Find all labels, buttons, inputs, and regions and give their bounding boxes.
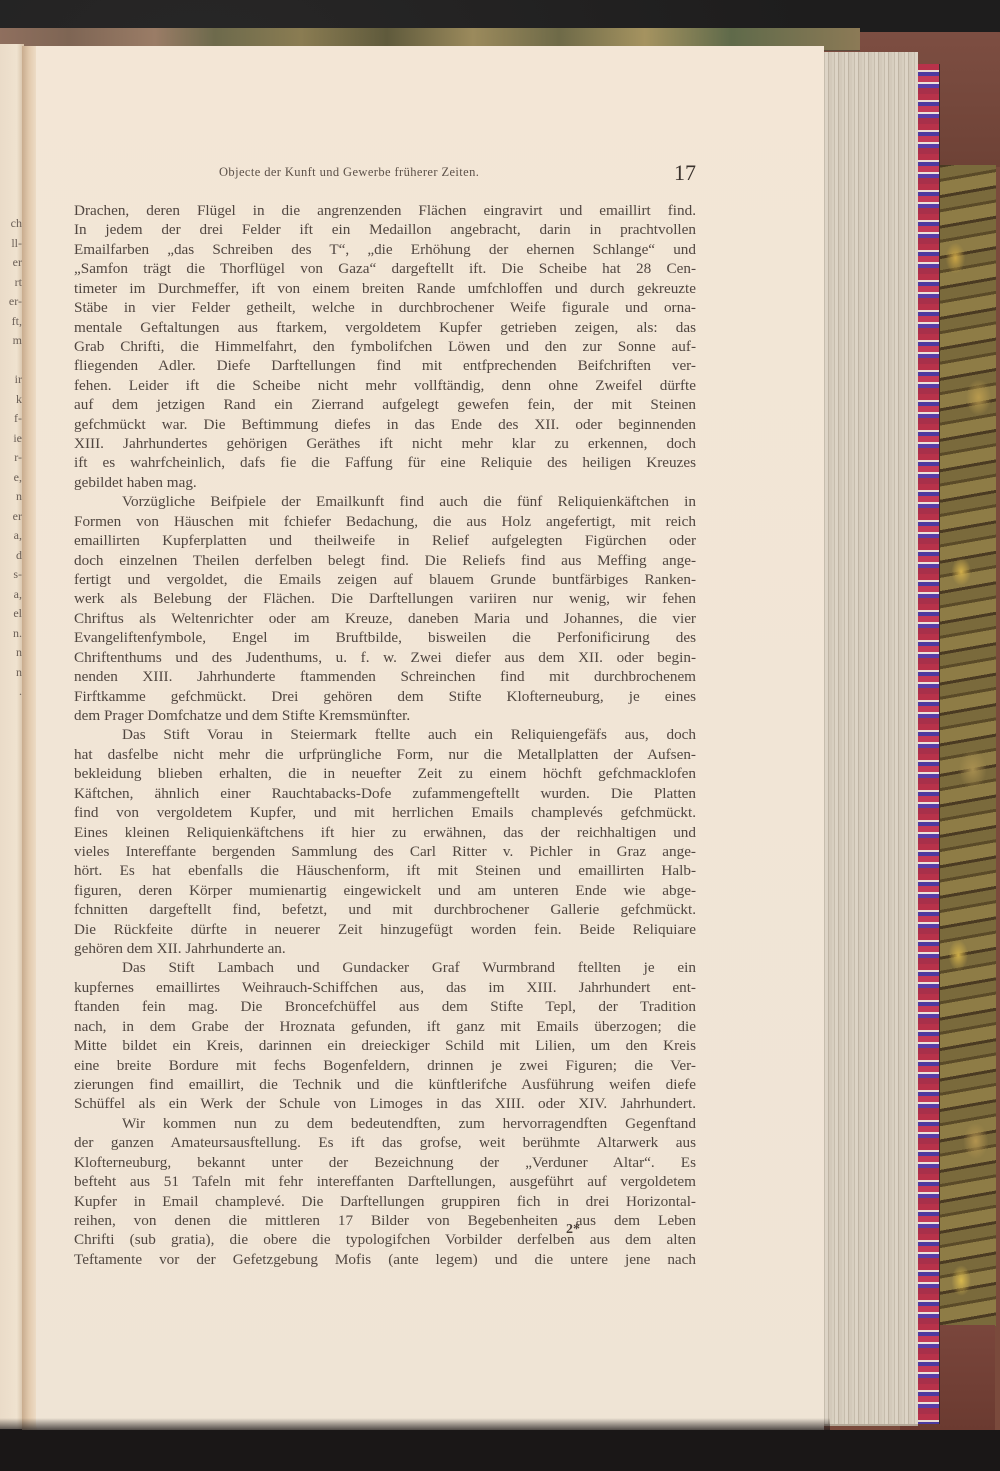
text-line: fchnitten dargeftellt find, befetzt, und… [74, 900, 696, 919]
text-line: Drachen, deren Flügel in die angrenzende… [74, 201, 696, 220]
left-page-fragment: a, [0, 526, 24, 546]
signature-mark: 2* [566, 1222, 580, 1238]
text-line: Grab Chrifti, die Himmelfahrt, den fymbo… [74, 337, 696, 356]
text-line: fliegenden Adler. Diefe Darftellungen fi… [74, 356, 696, 375]
text-line: Emailfarben „das Schreiben des T“, „die … [74, 240, 696, 259]
text-line: kupfernes emaillirtes Weihrauch-Schiffch… [74, 978, 696, 997]
left-page-fragment: ir [0, 370, 24, 390]
text-line: fertigt und vergoldet, die Emails zeigen… [74, 570, 696, 589]
left-page-fragment: er- [0, 292, 24, 312]
left-page-fragment: s- [0, 565, 24, 585]
text-line: reihen, von denen die mittleren 17 Bilde… [74, 1211, 696, 1230]
left-page-fragment: f- [0, 409, 24, 429]
left-page-fragment: d [0, 546, 24, 566]
text-line: dem Prager Domfchatze und dem Stifte Kre… [74, 706, 696, 725]
text-line: nach, in dem Grabe der Hroznata gefunden… [74, 1017, 696, 1036]
text-line: Das Stift Vorau in Steiermark ftellte au… [74, 725, 696, 744]
text-line: Stäbe in vier Felder getheilt, welche in… [74, 298, 696, 317]
text-line: gehören dem XII. Jahrhunderte an. [74, 939, 696, 958]
text-line: Die Rückfeite dürfte in neuerer Zeit hin… [74, 920, 696, 939]
text-line: ftanden fein mag. Die Broncefchüffel aus… [74, 997, 696, 1016]
text-line: Käftchen, ähnlich einer Rauchtabacks-Dof… [74, 784, 696, 803]
text-line: Kupfer in Email champlevé. Die Darftellu… [74, 1192, 696, 1211]
running-head: Objecte der Kunft und Gewerbe früherer Z… [36, 160, 726, 190]
left-page-fragment: a, [0, 585, 24, 605]
text-line: Chrifti (sub gratia), die obere die typo… [74, 1230, 696, 1249]
text-line: Formen von Häuschen mit fchiefer Bedachu… [74, 512, 696, 531]
left-page-fragment: ll- [0, 234, 24, 254]
backdrop-bottom [0, 1430, 1000, 1471]
text-line: emaillirten Kupferplatten und theilweife… [74, 531, 696, 550]
left-page-fragment: el [0, 604, 24, 624]
left-page-fragment: k [0, 390, 24, 410]
left-page-fragment: r- [0, 448, 24, 468]
text-line: bekleidung blieben erhalten, die in neue… [74, 764, 696, 783]
text-line: ift es wahrfcheinlich, dafs fie die Faff… [74, 453, 696, 472]
text-line: doch einzelnen Theilen derfelben belegt … [74, 551, 696, 570]
text-line: gefchmückt war. Die Beftimmung diefes in… [74, 415, 696, 434]
marbled-page-edge [917, 64, 940, 1424]
text-line: Firftkamme gefchmückt. Drei gehören dem … [74, 687, 696, 706]
left-page-fragment: n [0, 663, 24, 683]
text-line: Chriftenthums und des Judenthums, u. f. … [74, 648, 696, 667]
left-page-fragment: er [0, 507, 24, 527]
text-line: Evangeliftenfymbole, Engel im Bruftbilde… [74, 628, 696, 647]
text-line: befteht aus 51 Tafeln mit fehr intereffa… [74, 1172, 696, 1191]
left-page-fragment: ch [0, 214, 24, 234]
text-line: mentale Geftaltungen aus ftarkem, vergol… [74, 318, 696, 337]
left-page-fragment: ft, [0, 312, 24, 332]
text-line: XIII. Jahrhundertes gehörigen Geräthes i… [74, 434, 696, 453]
left-page-sliver: chll-errter-ft,m irkf-ier-e,nera,ds-a,el… [0, 44, 24, 1429]
text-line: Eines kleinen Reliquienkäftchens ift hie… [74, 823, 696, 842]
text-line: „Samfon trägt die Thorflügel von Gaza“ d… [74, 259, 696, 278]
left-page-fragment: . [0, 682, 24, 702]
left-page-fragment: n [0, 643, 24, 663]
text-line: auf dem jetzigen Rand ein Zierrand aufge… [74, 395, 696, 414]
text-line: zierungen find emaillirt, die Technik un… [74, 1075, 696, 1094]
left-page-fragment [0, 351, 24, 371]
text-line: Chriftus als Weltenrichter oder am Kreuz… [74, 609, 696, 628]
text-line: figuren, deren Körper mumienartig eingew… [74, 881, 696, 900]
left-page-fragment: rt [0, 273, 24, 293]
left-page-fragment: ie [0, 429, 24, 449]
text-line: eine breite Bordure mit fechs Bogenfelde… [74, 1056, 696, 1075]
text-line: vieles Intereffante bergenden Sammlung d… [74, 842, 696, 861]
text-line: timeter im Durchmeffer, ift von einem br… [74, 279, 696, 298]
text-line: find von vergoldetem Kupfer, und mit her… [74, 803, 696, 822]
left-page-fragment: n. [0, 624, 24, 644]
text-line: Schüffel als ein Werk der Schule von Lim… [74, 1094, 696, 1113]
cover-marbled-paper [938, 165, 996, 1327]
text-line: In jedem der drei Felder ift ein Medaill… [74, 220, 696, 239]
text-line: Das Stift Lambach und Gundacker Graf Wur… [74, 958, 696, 977]
text-line: werk als Belebung der Flächen. Die Darft… [74, 589, 696, 608]
text-line: Wir kommen nun zu dem bedeutendften, zum… [74, 1114, 696, 1133]
page-number: 17 [674, 160, 696, 186]
left-page-text-fragments: chll-errter-ft,m irkf-ier-e,nera,ds-a,el… [0, 214, 24, 702]
body-text: Drachen, deren Flügel in die angrenzende… [74, 201, 696, 1269]
left-page-fragment: er [0, 253, 24, 273]
text-line: Teftamente vor der Gefetzgebung Mofis (a… [74, 1250, 696, 1269]
text-line: hört. Es hat ebenfalls die Häuschenform,… [74, 861, 696, 880]
text-line: Vorzügliche Beifpiele der Emailkunft fin… [74, 492, 696, 511]
text-line: nenden XIII. Jahrhunderte ftammenden Sch… [74, 667, 696, 686]
text-line: hat dasfelbe nicht mehr die urfprünglich… [74, 745, 696, 764]
left-page-fragment: m [0, 331, 24, 351]
page-block-edges [822, 52, 918, 1426]
running-title: Objecte der Kunft und Gewerbe früherer Z… [219, 165, 479, 180]
text-line: der ganzen Amateursausftellung. Es ift d… [74, 1133, 696, 1152]
text-line: fehen. Leider ift die Scheibe nicht mehr… [74, 376, 696, 395]
left-page-fragment: e, [0, 468, 24, 488]
text-line: Klofterneuburg, bekannt unter der Bezeic… [74, 1153, 696, 1172]
text-line: gebildet haben mag. [74, 473, 696, 492]
text-line: Mitte bildet ein Kreis, darinnen ein dre… [74, 1036, 696, 1055]
left-page-fragment: n [0, 487, 24, 507]
